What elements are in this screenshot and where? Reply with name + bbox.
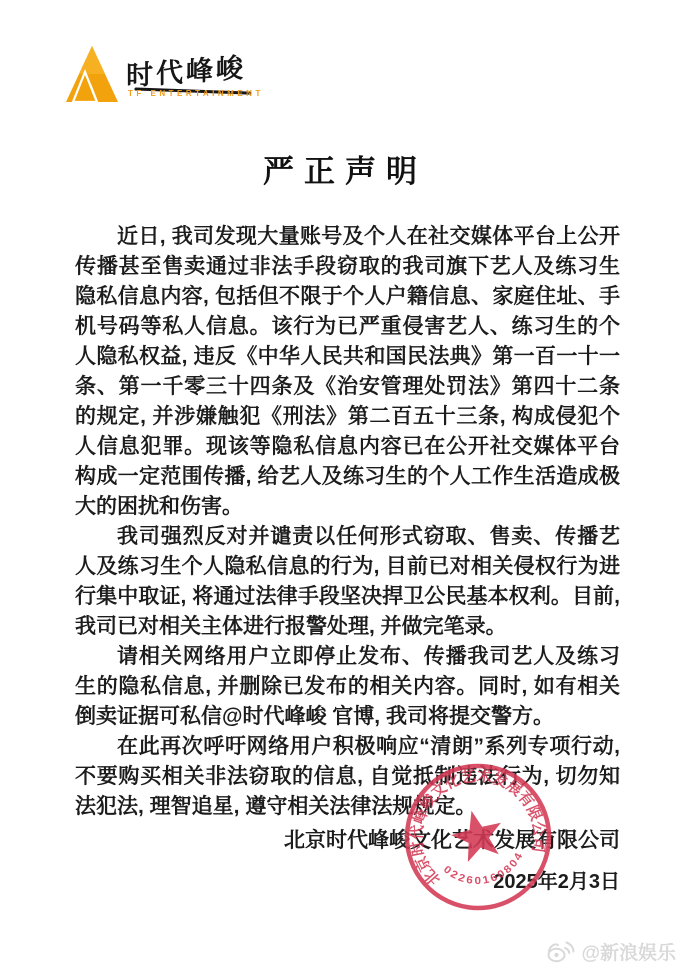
company-name: 北京时代峰峻文化艺术发展有限公司 bbox=[284, 824, 620, 854]
brand-name-cn: 时代峰峻 bbox=[126, 46, 246, 93]
statement-date: 2025年2月3日 bbox=[284, 865, 620, 894]
brand-name-en: TF ENTERTAINMENT bbox=[128, 89, 264, 98]
company-logo: 时代峰峻 TF ENTERTAINMENT bbox=[66, 44, 296, 106]
paragraph-2: 我司强烈反对并谴责以任何形式窃取、售卖、传播艺人及练习生个人隐私信息的行为, 目… bbox=[75, 522, 620, 642]
signature-block: 北京时代峰峻文化艺术发展有限公司 2025年2月3日 bbox=[284, 824, 620, 894]
tf-triangle-logo-icon bbox=[66, 46, 118, 102]
statement-body: 近日, 我司发现大量账号及个人在社交媒体平台上公开传播甚至售卖通过非法手段窃取的… bbox=[75, 222, 620, 822]
weibo-icon bbox=[545, 939, 575, 964]
paragraph-3: 请相关网络用户立即停止发布、传播我司艺人及练习生的隐私信息, 并删除已发布的相关… bbox=[75, 642, 620, 732]
paragraph-1: 近日, 我司发现大量账号及个人在社交媒体平台上公开传播甚至售卖通过非法手段窃取的… bbox=[75, 222, 620, 522]
watermark-handle: @新浪娱乐 bbox=[581, 938, 676, 965]
statement-title: 严正声明 bbox=[0, 146, 690, 191]
statement-document: 时代峰峻 TF ENTERTAINMENT 严正声明 近日, 我司发现大量账号及… bbox=[0, 0, 690, 976]
paragraph-4: 在此再次呼吁网络用户积极响应“清朗”系列专项行动, 不要购买相关非法窃取的信息,… bbox=[75, 732, 620, 822]
weibo-watermark: @新浪娱乐 bbox=[545, 938, 676, 965]
